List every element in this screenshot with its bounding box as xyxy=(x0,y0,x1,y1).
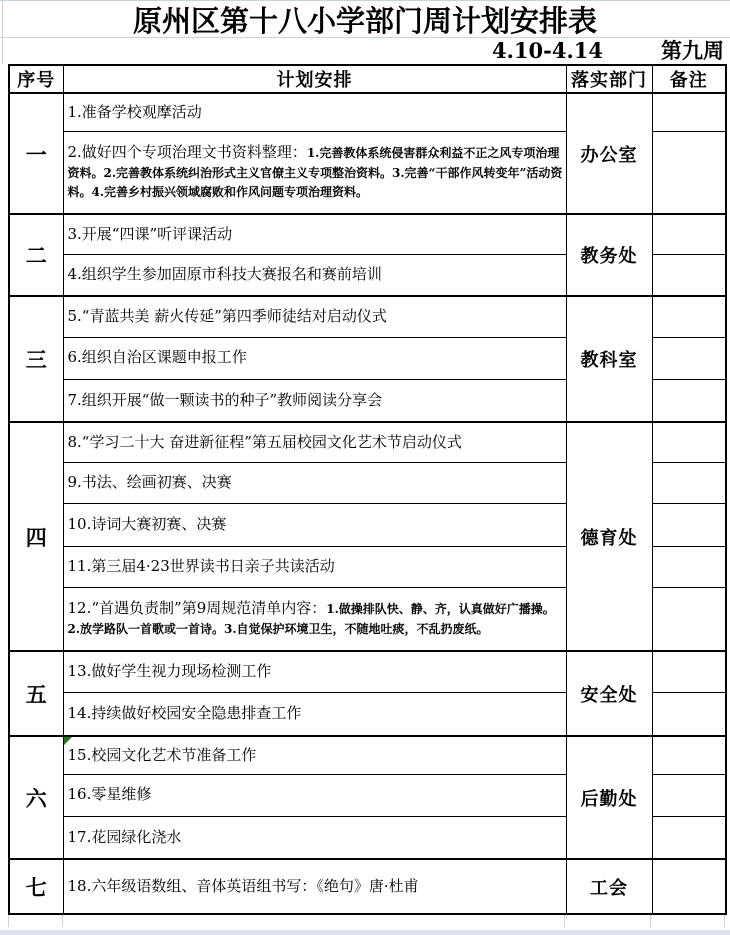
remark-cell[interactable] xyxy=(652,587,726,651)
section-index-label: 七 xyxy=(26,875,47,900)
plan-text: 10.诗词大赛初赛、决赛 xyxy=(68,515,227,533)
department-label: 工会 xyxy=(590,878,628,899)
department-cell[interactable]: 教科室 xyxy=(566,296,652,422)
plan-cell[interactable]: 7.组织开展“做一颗读书的种子”教师阅读分享会 xyxy=(63,379,566,422)
department-label: 办公室 xyxy=(581,145,638,166)
remark-cell[interactable] xyxy=(652,651,726,692)
table-row: 七 18.六年级语数组、音体英语组书写：《绝句》唐·杜甫 工会 xyxy=(9,859,726,914)
plan-cell[interactable]: 5.“青蓝共美 薪火传延”第四季师徒结对启动仪式 xyxy=(63,296,566,337)
department-cell[interactable]: 办公室 xyxy=(566,93,652,214)
section-index-cell[interactable]: 七 xyxy=(9,859,63,914)
plan-text: 7.组织开展“做一颗读书的种子”教师阅读分享会 xyxy=(68,391,383,409)
plan-cell[interactable]: 8.“学习二十大 奋进新征程”第五届校园文化艺术节启动仪式 xyxy=(63,422,566,462)
plan-text: 8.“学习二十大 奋进新征程”第五届校园文化艺术节启动仪式 xyxy=(68,433,462,451)
section-index-label: 一 xyxy=(26,142,47,167)
plan-cell[interactable]: 3.开展“四课”听评课活动 xyxy=(63,214,566,254)
remark-cell[interactable] xyxy=(652,379,726,422)
week-number-label: 第九周 xyxy=(661,38,724,64)
department-cell[interactable]: 工会 xyxy=(566,859,652,914)
page-title: 原州区第十八小学部门周计划安排表 xyxy=(133,0,597,40)
department-label: 教务处 xyxy=(581,246,638,267)
plan-cell[interactable]: 16.零星维修 xyxy=(63,774,566,816)
section-index-label: 五 xyxy=(26,682,47,707)
plan-text: 1.准备学校观摩活动 xyxy=(68,103,202,121)
table-row: 四 8.“学习二十大 奋进新征程”第五届校园文化艺术节启动仪式 德育处 xyxy=(9,422,726,462)
weekly-plan-table: 序号 计划安排 落实部门 备注 一 1.准备学校观摩活动 办公室 2.做好四个专… xyxy=(8,64,727,915)
plan-cell[interactable]: 17.花园绿化浇水 xyxy=(63,816,566,859)
cell-corner-flag-icon xyxy=(64,737,72,745)
plan-cell[interactable]: 9.书法、绘画初赛、决赛 xyxy=(63,462,566,503)
partial-grid-row xyxy=(8,915,725,927)
col-header-department[interactable]: 落实部门 xyxy=(566,65,652,93)
remark-cell[interactable] xyxy=(652,93,726,131)
spreadsheet-page: 原州区第十八小学部门周计划安排表 4.10-4.14 第九周 序号 计划安排 落… xyxy=(0,0,730,935)
remark-cell[interactable] xyxy=(652,816,726,859)
remark-cell[interactable] xyxy=(652,736,726,774)
plan-cell[interactable]: 4.组织学生参加固原市科技大赛报名和赛前培训 xyxy=(63,254,566,296)
remark-cell[interactable] xyxy=(652,337,726,379)
department-cell[interactable]: 后勤处 xyxy=(566,736,652,859)
col-header-remark[interactable]: 备注 xyxy=(652,65,726,93)
plan-cell[interactable]: 11.第三届4·23世界读书日亲子共读活动 xyxy=(63,546,566,587)
header-row: 序号 计划安排 落实部门 备注 xyxy=(9,65,726,93)
plan-cell[interactable]: 13.做好学生视力现场检测工作 xyxy=(63,651,566,692)
plan-text: 18.六年级语数组、音体英语组书写：《绝句》唐·杜甫 xyxy=(68,877,419,895)
plan-text: 2.做好四个专项治理文书资料整理： xyxy=(68,143,307,161)
remark-cell[interactable] xyxy=(652,131,726,214)
department-cell[interactable]: 教务处 xyxy=(566,214,652,296)
department-label: 德育处 xyxy=(581,528,638,549)
plan-text: 4.组织学生参加固原市科技大赛报名和赛前培训 xyxy=(68,265,382,283)
plan-text: 17.花园绿化浇水 xyxy=(68,828,182,846)
plan-table-body: 一 1.准备学校观摩活动 办公室 2.做好四个专项治理文书资料整理：1.完善教体… xyxy=(9,93,726,914)
remark-cell[interactable] xyxy=(652,692,726,736)
section-index-cell[interactable]: 四 xyxy=(9,422,63,651)
remark-cell[interactable] xyxy=(652,503,726,546)
section-index-cell[interactable]: 一 xyxy=(9,93,63,214)
plan-text: 5.“青蓝共美 薪火传延”第四季师徒结对启动仪式 xyxy=(68,307,387,325)
section-index-label: 二 xyxy=(26,243,47,268)
plan-cell[interactable]: 15.校园文化艺术节准备工作 xyxy=(63,736,566,774)
col-header-plan[interactable]: 计划安排 xyxy=(63,65,566,93)
bottom-frozen-strip xyxy=(0,930,730,935)
plan-cell[interactable]: 12.“首遇负责制”第9周规范清单内容：1.做操排队快、静、齐，认真做好广播操。… xyxy=(63,587,566,651)
table-row: 六 15.校园文化艺术节准备工作 后勤处 xyxy=(9,736,726,774)
plan-text: 12.“首遇负责制”第9周规范清单内容： xyxy=(68,599,327,617)
section-index-label: 三 xyxy=(26,347,47,372)
section-index-label: 四 xyxy=(26,525,47,550)
section-index-cell[interactable]: 二 xyxy=(9,214,63,296)
department-cell[interactable]: 安全处 xyxy=(566,651,652,736)
table-row: 二 3.开展“四课”听评课活动 教务处 xyxy=(9,214,726,254)
period-row: 4.10-4.14 第九周 xyxy=(0,38,730,64)
table-row: 一 1.准备学校观摩活动 办公室 xyxy=(9,93,726,131)
ghost-cell xyxy=(565,915,651,927)
plan-text: 14.持续做好校园安全隐患排查工作 xyxy=(68,704,302,722)
title-row: 原州区第十八小学部门周计划安排表 xyxy=(0,1,730,38)
section-index-label: 六 xyxy=(26,786,47,811)
department-label: 安全处 xyxy=(581,685,638,706)
department-cell[interactable]: 德育处 xyxy=(566,422,652,651)
plan-text: 13.做好学生视力现场检测工作 xyxy=(68,662,272,680)
section-index-cell[interactable]: 五 xyxy=(9,651,63,736)
remark-cell[interactable] xyxy=(652,296,726,337)
ghost-cell xyxy=(9,915,63,927)
plan-cell[interactable]: 10.诗词大赛初赛、决赛 xyxy=(63,503,566,546)
ghost-cell xyxy=(651,915,725,927)
remark-cell[interactable] xyxy=(652,462,726,503)
remark-cell[interactable] xyxy=(652,422,726,462)
plan-cell[interactable]: 2.做好四个专项治理文书资料整理：1.完善教体系统侵害群众利益不正之风专项治理资… xyxy=(63,131,566,214)
section-index-cell[interactable]: 六 xyxy=(9,736,63,859)
department-label: 教科室 xyxy=(581,350,638,371)
remark-cell[interactable] xyxy=(652,859,726,914)
plan-text: 11.第三届4·23世界读书日亲子共读活动 xyxy=(68,557,335,575)
remark-cell[interactable] xyxy=(652,774,726,816)
remark-cell[interactable] xyxy=(652,546,726,587)
remark-cell[interactable] xyxy=(652,254,726,296)
date-range-label: 4.10-4.14 xyxy=(492,38,603,64)
ghost-cell xyxy=(63,915,565,927)
col-header-index[interactable]: 序号 xyxy=(9,65,63,93)
plan-cell[interactable]: 1.准备学校观摩活动 xyxy=(63,93,566,131)
department-label: 后勤处 xyxy=(581,789,638,810)
plan-text: 3.开展“四课”听评课活动 xyxy=(68,225,233,243)
plan-text: 9.书法、绘画初赛、决赛 xyxy=(68,473,232,491)
table-row: 三 5.“青蓝共美 薪火传延”第四季师徒结对启动仪式 教科室 xyxy=(9,296,726,337)
plan-text: 6.组织自治区课题申报工作 xyxy=(68,348,247,366)
table-row: 五 13.做好学生视力现场检测工作 安全处 xyxy=(9,651,726,692)
plan-cell[interactable]: 18.六年级语数组、音体英语组书写：《绝句》唐·杜甫 xyxy=(63,859,566,914)
plan-text: 16.零星维修 xyxy=(68,785,152,803)
plan-cell[interactable]: 6.组织自治区课题申报工作 xyxy=(63,337,566,379)
plan-cell[interactable]: 14.持续做好校园安全隐患排查工作 xyxy=(63,692,566,736)
remark-cell[interactable] xyxy=(652,214,726,254)
section-index-cell[interactable]: 三 xyxy=(9,296,63,422)
plan-text: 15.校园文化艺术节准备工作 xyxy=(68,746,257,764)
